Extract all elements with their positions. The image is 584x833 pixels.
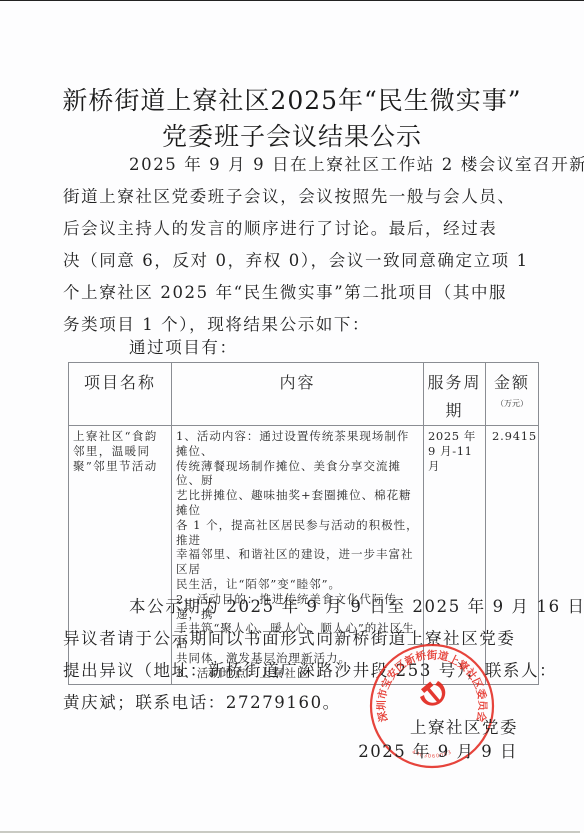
- intro-line: 2025 年 9 月 9 日在上寮社区工作站 2 楼会议室召开新桥: [96, 149, 542, 181]
- content-line: 1、活动内容：通过设置传统茶果现场制作摊位、: [176, 429, 419, 459]
- intro-line: 个上寮社区 2025 年“民生微实事”第二批项目（其中服: [63, 277, 542, 309]
- header-amount: 金额 （万元）: [486, 363, 539, 426]
- notice-paragraph: 本公示期为 2025 年 9 月 9 日至 2025 年 9 月 16 日。有 …: [96, 591, 542, 719]
- header-content: 内容: [172, 363, 424, 426]
- document-title-line1: 新桥街道上寮社区2025年“民生微实事”: [0, 81, 584, 117]
- notice-line: 本公示期为 2025 年 9 月 9 日至 2025 年 9 月 16 日。有: [96, 591, 542, 623]
- header-service-period: 服务周期: [424, 363, 486, 426]
- content-line: 艺比拼摊位、趣味抽奖+套圈摊位、棉花糖摊位: [176, 488, 419, 518]
- header-amount-unit: （万元）: [486, 399, 538, 409]
- notice-line: 异议者请于公示期间以书面形式向新桥街道上寮社区党委: [63, 623, 542, 655]
- signature-organization: 上寮社区党委: [410, 714, 518, 738]
- document-title-line2: 党委班子会议结果公示: [0, 117, 584, 153]
- header-project-name: 项目名称: [69, 363, 172, 426]
- intro-line: 后会议主持人的发言的顺序进行了讨论。最后，经过表: [63, 213, 542, 245]
- document-page: 新桥街道上寮社区2025年“民生微实事” 党委班子会议结果公示 2025 年 9…: [0, 0, 584, 833]
- passed-label-text: 通过项目有：: [96, 332, 542, 364]
- content-line: 幸福邻里、和谐社区的建设，进一步丰富社区居: [176, 547, 419, 577]
- passed-projects-label: 通过项目有：: [96, 332, 542, 364]
- header-amount-label: 金额: [494, 373, 530, 392]
- intro-paragraph: 2025 年 9 月 9 日在上寮社区工作站 2 楼会议室召开新桥 街道上寮社区…: [96, 149, 542, 341]
- table-header-row: 项目名称 内容 服务周期 金额 （万元）: [69, 363, 539, 426]
- content-line: 各 1 个，提高社区居民参与活动的积极性，推进: [176, 518, 419, 548]
- notice-line: 提出异议（地址：新桥街道广深路沙井段 253 号），联系人：: [63, 655, 542, 687]
- intro-line: 决（同意 6，反对 0，弃权 0），会议一致同意确定立项 1: [63, 245, 542, 277]
- content-line: 传统薄餐现场制作摊位、美食分享交流摊位、厨: [176, 459, 419, 489]
- intro-line: 街道上寮社区党委班子会议，会议按照先一般与会人员、: [63, 181, 542, 213]
- signature-date: 2025 年 9 月 9 日: [358, 738, 518, 762]
- content-line: 民生活，让“陌邻”变“睦邻”。: [176, 577, 419, 592]
